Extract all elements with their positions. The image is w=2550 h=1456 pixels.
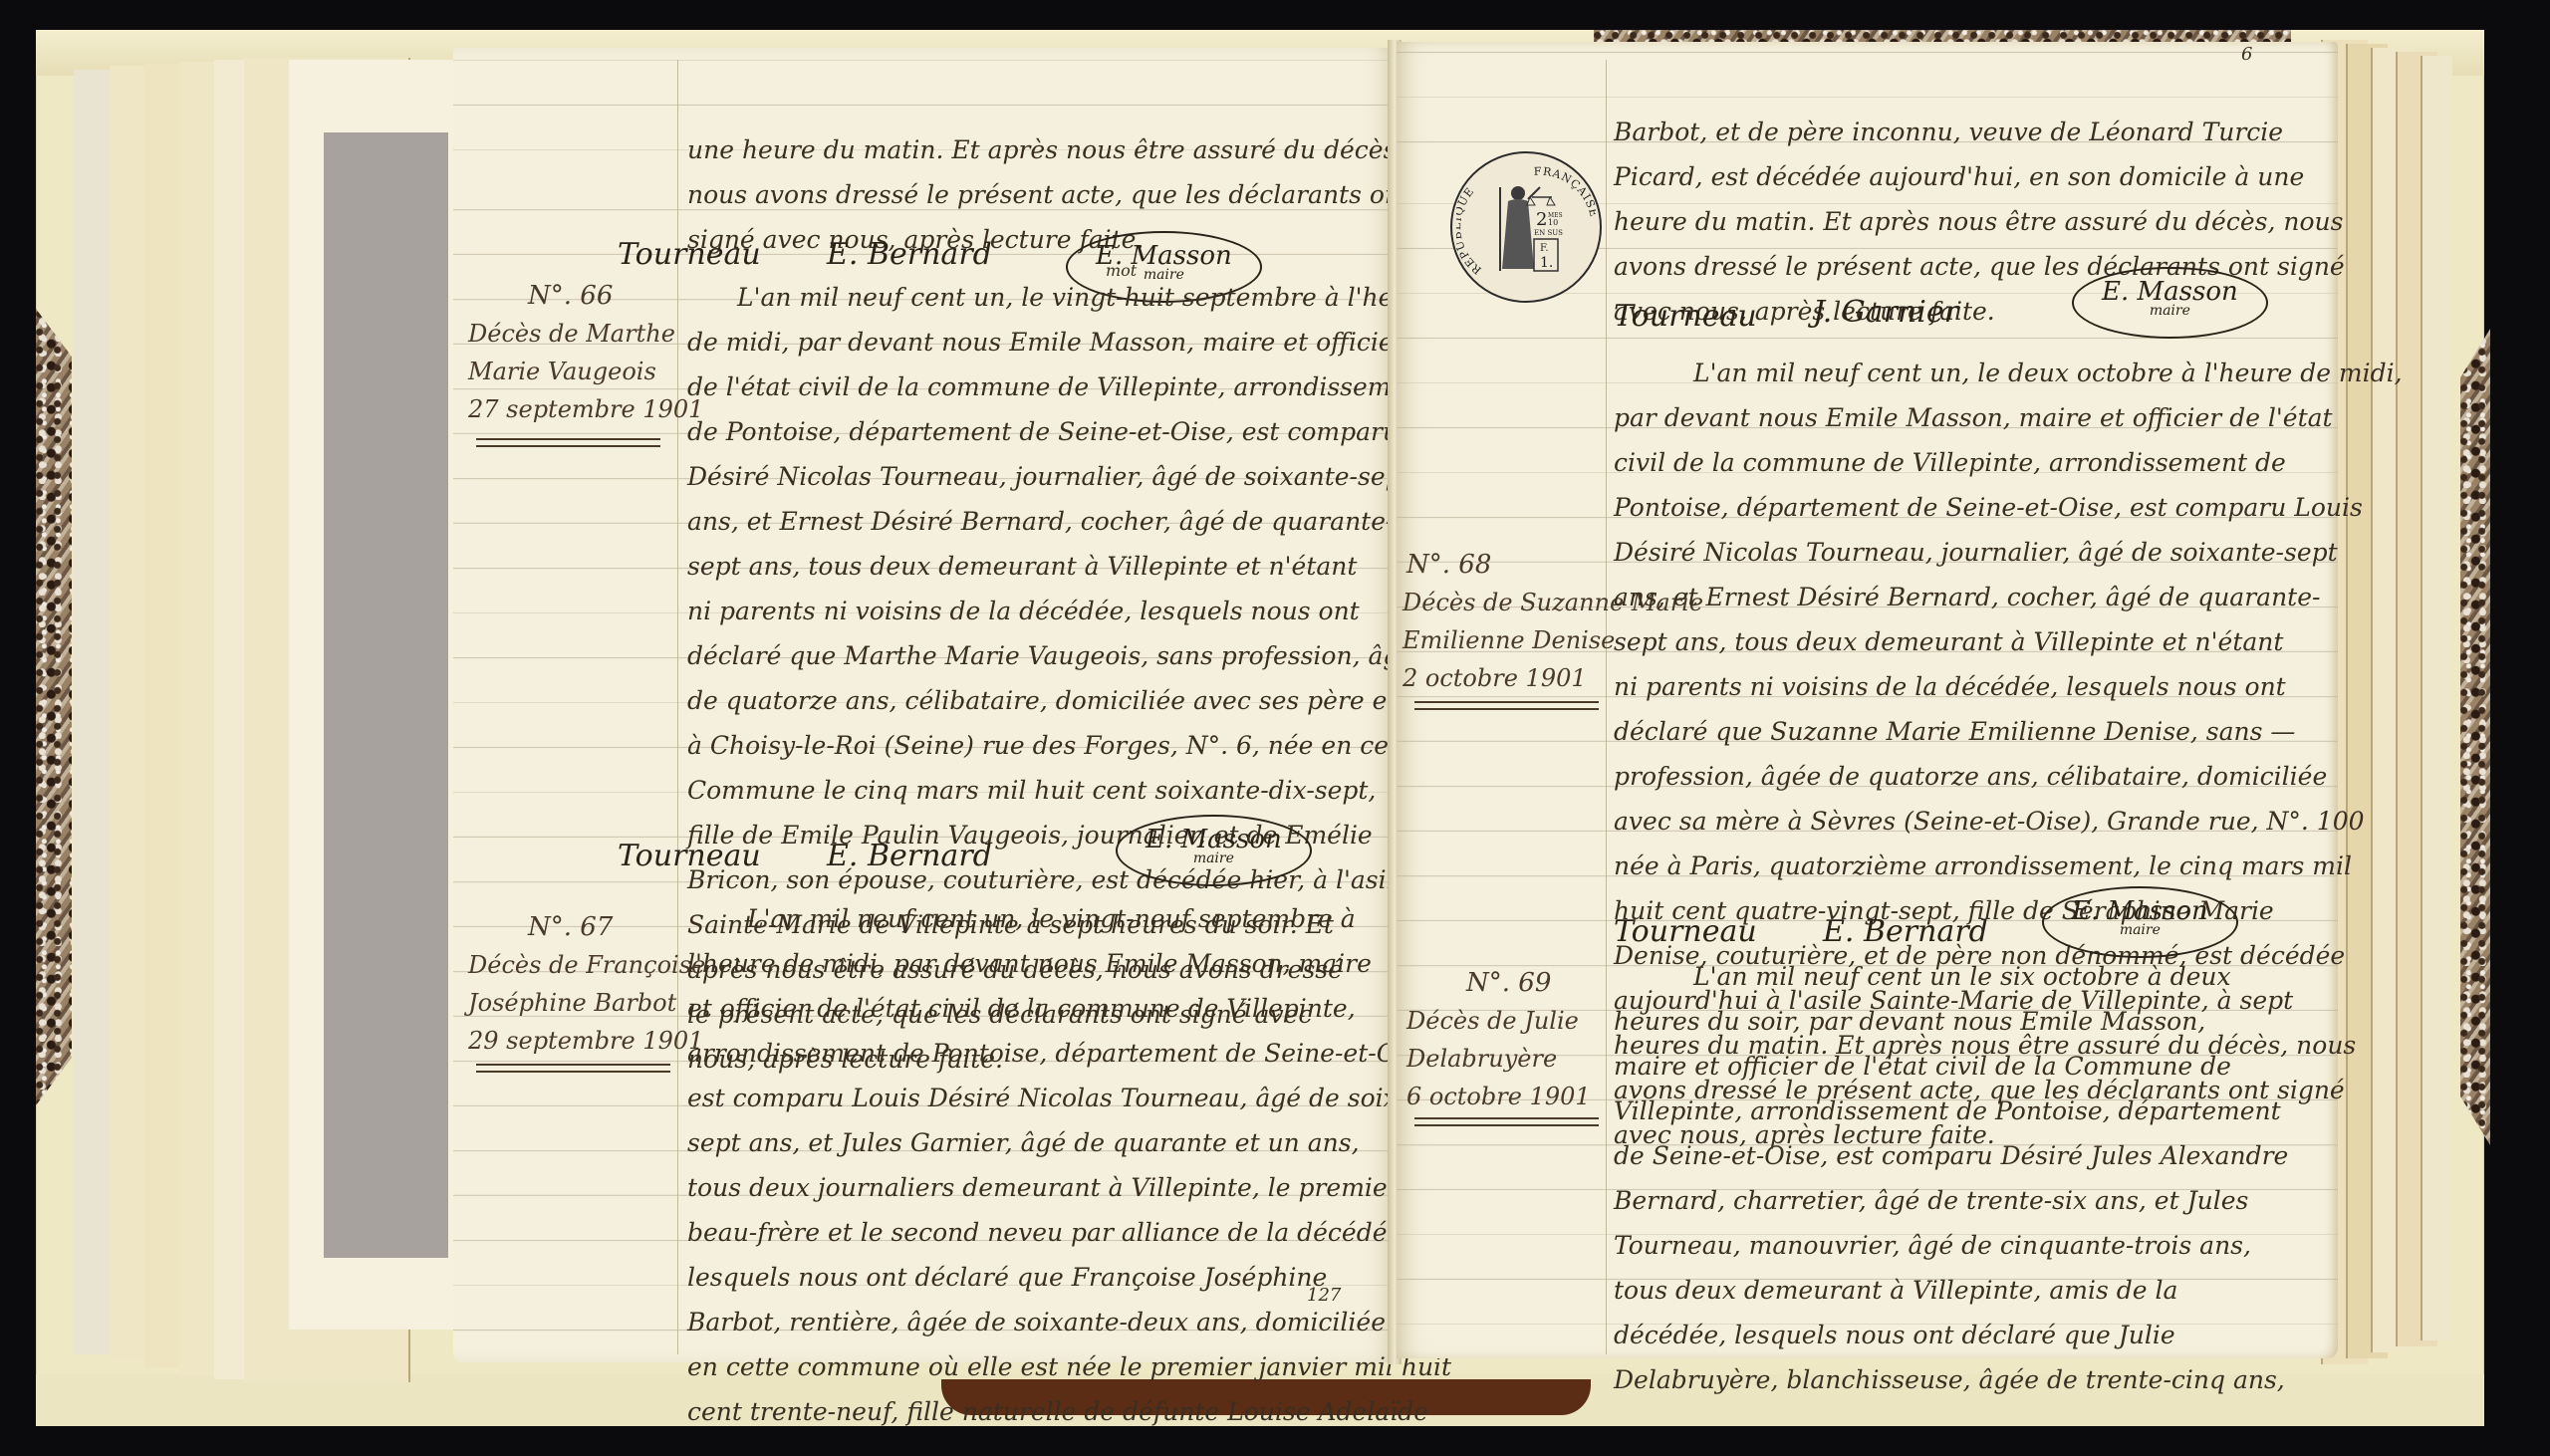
entry-separator-rule xyxy=(1414,1117,1599,1126)
entry-67-body: L'an mil neuf cent un, le vingt-neuf sep… xyxy=(687,896,1461,1434)
svg-text:1.: 1. xyxy=(1540,255,1553,271)
entry-69-body: L'an mil neuf cent un le six octobre à d… xyxy=(1614,954,2288,1402)
signature-mayor: E. Masson maire xyxy=(2042,886,2238,958)
signature-witness-1: Tourneau xyxy=(1614,914,1757,949)
svg-text:EN SUS: EN SUS xyxy=(1534,229,1563,237)
entry-number: N°. 69 xyxy=(1406,964,1591,1002)
entry-date: 27 septembre 1901 xyxy=(468,390,703,428)
signature-witness-2: E. Bernard xyxy=(827,237,992,272)
corner-mark: 6 xyxy=(2241,44,2252,65)
continuation-text-left: une heure du matin. Et après nous être a… xyxy=(687,127,1410,262)
svg-text:10: 10 xyxy=(1548,218,1558,227)
interlinear-correction: mot xyxy=(1106,261,1137,280)
signature-mayor: E. Masson maire xyxy=(2072,267,2268,339)
page-stack-right xyxy=(2421,56,2452,1340)
signature-witness-1: Tourneau xyxy=(618,237,761,272)
text-line: une heure du matin. Et après nous être a… xyxy=(687,127,1410,172)
marbled-cover-right xyxy=(2460,329,2490,1145)
page-number: 127 xyxy=(1307,1285,1341,1306)
signature-witness-1: Tourneau xyxy=(1614,299,1757,334)
svg-text:REPUBLIQUE: REPUBLIQUE xyxy=(1456,184,1484,276)
marianne-justice-stamp-icon: REPUBLIQUE FRANÇAISE 2 MES 10 EN SUS F. … xyxy=(1456,157,1596,297)
marbled-cover-left xyxy=(36,309,72,1105)
signature-witness-2: E. Bernard xyxy=(1823,914,1988,949)
margin-note-entry-66: N°. 66 Décès de Marthe Marie Vaugeois 27… xyxy=(468,277,703,428)
text-line: nous avons dressé le présent acte, que l… xyxy=(687,172,1410,217)
margin-note-entry-69: N°. 69 Décès de Julie Delabruyère 6 octo… xyxy=(1406,964,1591,1115)
margin-rule-right xyxy=(1606,60,1607,1354)
entry-separator-rule xyxy=(476,438,660,447)
entry-number: N°. 67 xyxy=(468,908,705,946)
fiscal-stamp: REPUBLIQUE FRANÇAISE 2 MES 10 EN SUS F. … xyxy=(1450,151,1602,303)
signature-witness-2: E. Bernard xyxy=(827,839,992,873)
text-line: signé avec nous, après lecture faite. xyxy=(687,217,1410,262)
entry-date: 6 octobre 1901 xyxy=(1406,1078,1591,1115)
entry-date: 29 septembre 1901 xyxy=(468,1022,705,1060)
signature-mayor: E. Masson maire xyxy=(1116,815,1312,886)
entry-separator-rule xyxy=(1414,701,1599,710)
grey-insert-sheet xyxy=(324,132,448,1258)
signature-witness-2: J. Garnier xyxy=(1813,295,1958,330)
margin-note-entry-67: N°. 67 Décès de Françoise Joséphine Barb… xyxy=(468,908,705,1060)
signature-witness-1: Tourneau xyxy=(618,839,761,873)
entry-separator-rule xyxy=(476,1064,670,1073)
svg-text:2: 2 xyxy=(1536,209,1547,230)
entry-number: N°. 66 xyxy=(468,277,703,315)
svg-text:F.: F. xyxy=(1540,243,1549,254)
